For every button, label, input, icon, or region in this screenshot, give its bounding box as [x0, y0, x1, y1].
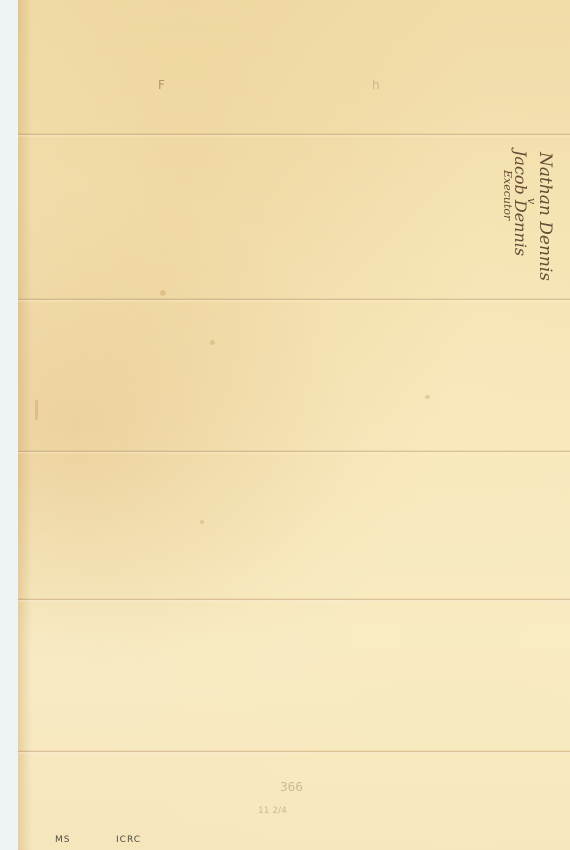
pencil-mark-ms: MS — [55, 835, 70, 845]
faint-pencil-number-2: 11 2/4 — [258, 806, 287, 816]
docket-inscription: Nathan Dennis v Jacob Dennis Executor — [500, 150, 570, 300]
fold-line-2 — [18, 298, 570, 302]
top-faint-mark: h — [372, 78, 380, 92]
stain — [210, 340, 215, 345]
pencil-mark-icrc: ICRC — [116, 835, 141, 845]
fold-line-4 — [18, 598, 570, 602]
stain — [425, 395, 430, 399]
top-ink-mark: F — [158, 78, 165, 92]
fold-line-1 — [18, 133, 570, 137]
paper-sheet — [18, 0, 570, 850]
fold-line-5 — [18, 750, 570, 754]
stain — [200, 520, 204, 524]
stain — [35, 400, 38, 420]
docket-role: Executor — [501, 170, 514, 220]
stain — [160, 290, 166, 296]
docket-plaintiff: Nathan Dennis — [535, 152, 555, 281]
fold-line-3 — [18, 450, 570, 454]
faint-pencil-number: 366 — [280, 780, 303, 794]
